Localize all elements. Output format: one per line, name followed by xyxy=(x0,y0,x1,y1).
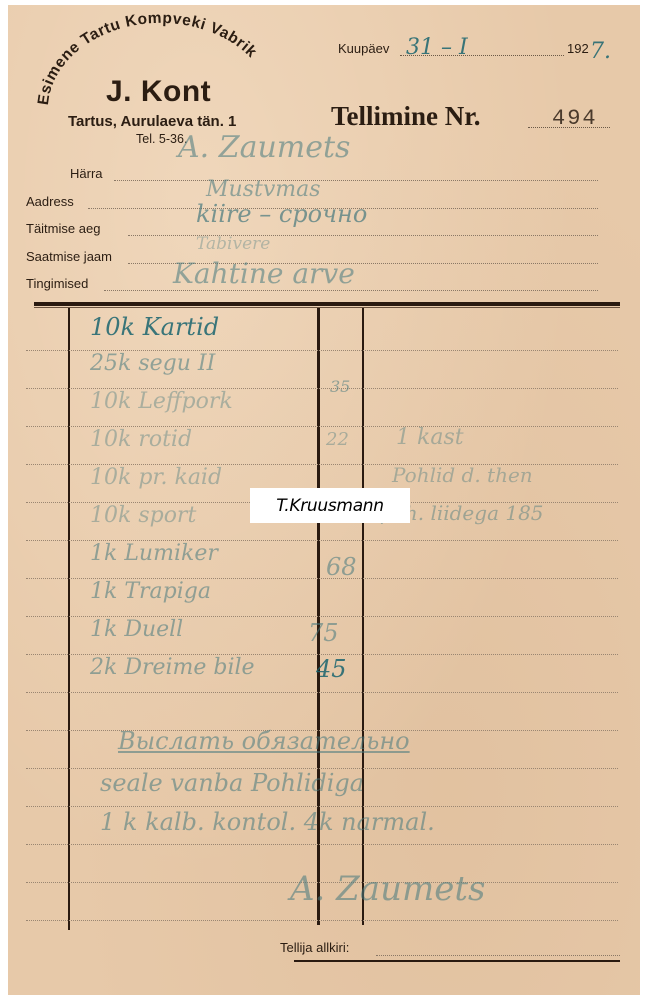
field-label-harra: Härra xyxy=(70,166,103,181)
field-value-taitmise-aeg: kiire – срочно xyxy=(196,200,367,228)
company-name: J. Kont xyxy=(106,75,211,109)
year-prefix: 192 xyxy=(567,41,589,56)
item-desc: 1k Duell xyxy=(90,617,183,642)
item-desc: 1k Trapiga xyxy=(90,579,211,604)
field-value-tingimised: Kahtine arve xyxy=(173,257,355,290)
date-handwritten: 31 – I xyxy=(406,35,468,60)
note-line: seale vanba Pohlidiga xyxy=(100,769,364,797)
order-title: Tellimine Nr. xyxy=(331,101,481,132)
item-desc: 10k rotid xyxy=(90,427,192,452)
date-label: Kuupäev xyxy=(338,41,389,56)
field-label-taitmise-aeg: Täitmise aeg xyxy=(26,221,100,236)
item-note: Pohlid d. then xyxy=(392,463,533,487)
field-value-harra: A. Zaumets xyxy=(178,130,350,165)
item-price: 45 xyxy=(316,655,347,683)
note-line: Выслать обязательно xyxy=(118,727,410,755)
note-line: 1 k kalb. kontol. 4k narmal. xyxy=(100,808,435,836)
name-stamp: T.Kruusmann xyxy=(250,488,410,523)
item-desc: 1k Lumiker xyxy=(90,541,218,566)
row-line xyxy=(26,844,618,845)
table-top-rule xyxy=(34,302,620,306)
field-value-saatmise-jaam: Tabivere xyxy=(196,234,270,254)
row-line xyxy=(26,806,618,807)
order-number: 494 xyxy=(552,106,598,131)
order-form-paper: Esimene Tartu Kompveki Vabrik J. Kont Ta… xyxy=(8,5,640,995)
item-desc: 10k Leffpork xyxy=(90,389,233,414)
year-handwritten: 7. xyxy=(590,39,611,64)
item-desc: 25k segu II xyxy=(90,351,215,376)
item-price: 35 xyxy=(330,377,350,396)
company-address: Tartus, Aurulaeva tän. 1 xyxy=(68,113,236,130)
field-line-harra[interactable] xyxy=(114,180,598,181)
field-line-tingimised[interactable] xyxy=(104,290,598,291)
row-line xyxy=(26,920,618,921)
column-rule-left xyxy=(68,308,70,930)
field-value-aadress: Mustvmas xyxy=(206,177,321,202)
signature-dotted-line[interactable] xyxy=(376,955,620,956)
field-label-tingimised: Tingimised xyxy=(26,276,88,291)
item-desc: 2k Dreime bile xyxy=(90,655,255,680)
field-label-aadress: Aadress xyxy=(26,194,74,209)
item-desc: 10k Kartid xyxy=(90,313,219,341)
item-desc: 10k pr. kaid xyxy=(90,465,222,490)
customer-signature: A. Zaumets xyxy=(290,869,485,909)
item-desc: 10k sport xyxy=(90,503,196,528)
item-price: 22 xyxy=(326,429,349,450)
field-label-saatmise-jaam: Saatmise jaam xyxy=(26,249,112,264)
item-price: 75 xyxy=(308,619,339,647)
signature-label: Tellija allkiri: xyxy=(280,940,349,955)
item-price: 68 xyxy=(326,553,357,581)
table-top-thin-rule xyxy=(34,307,620,308)
row-line xyxy=(26,692,618,693)
item-note: 1 kast xyxy=(396,425,464,450)
signature-rule xyxy=(294,960,620,962)
